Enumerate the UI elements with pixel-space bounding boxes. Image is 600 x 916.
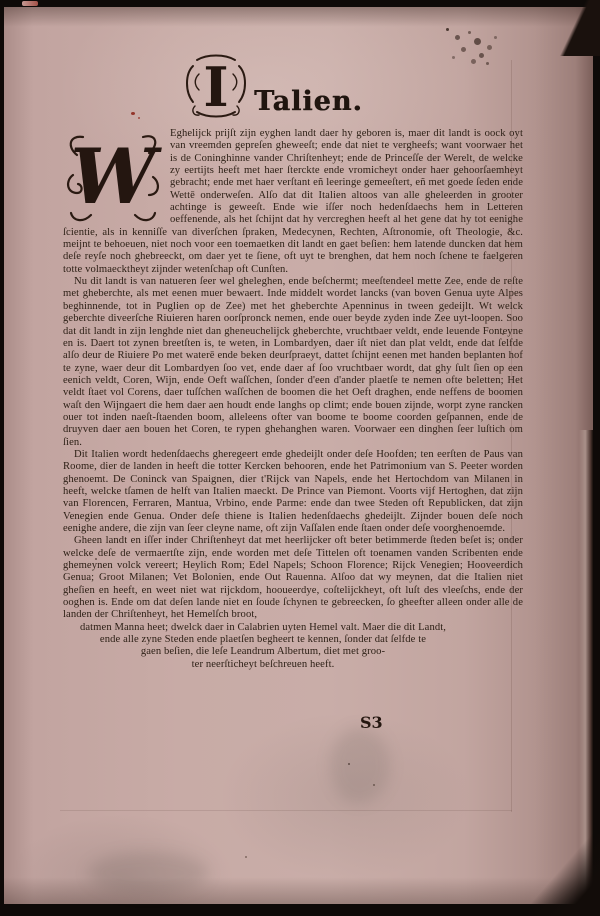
drop-cap-W-icon: W	[63, 129, 163, 223]
taper-line-4: ter neerſticheyt beſchreuen heeft.	[57, 659, 469, 671]
tapered-ending: datmen Manna heet; dwelck daer in Calabr…	[57, 622, 469, 671]
taper-line-2: ende alle zyne Steden ende plaetſen begh…	[57, 634, 469, 646]
page-corner-shadow-top-right	[554, 0, 600, 56]
taper-line-3: gaen beſien, die leſe Leandrum Albertum,…	[57, 646, 469, 658]
drop-cap: W	[63, 129, 163, 223]
decorated-initial-letter: I	[203, 55, 228, 119]
paragraph-3: Dit Italien wordt hedenſdaechs gheregeer…	[63, 449, 523, 535]
text-block: I Talien. W Eghelijck prijſt zijn eyghen…	[63, 52, 523, 671]
page-stack-edge	[579, 430, 593, 904]
edge-fleck	[22, 1, 38, 6]
paragraph-2: Nu dit landt is van natueren ſeer wel gh…	[63, 276, 523, 449]
signature-mark: S3	[360, 713, 383, 732]
paper-stain	[330, 728, 390, 803]
book-page-photo: I Talien. W Eghelijck prijſt zijn eyghen…	[0, 0, 600, 916]
paragraph-4: Gheen landt en iſſer inder Chriſtenheyt …	[63, 535, 523, 621]
paper-stain	[88, 852, 208, 894]
paragraph-1: W Eghelijck prijſt zijn eyghen landt dae…	[63, 128, 523, 276]
page-title-text: Talien.	[254, 88, 363, 120]
decorated-initial-icon: I	[183, 52, 249, 120]
page-title: I Talien.	[183, 52, 363, 120]
taper-line-1: datmen Manna heet; dwelck daer in Calabr…	[57, 622, 469, 634]
impression-line-horizontal	[60, 810, 512, 811]
page-corner-shadow-bottom-right	[528, 834, 600, 916]
drop-cap-letter: W	[70, 132, 162, 221]
ink-smudge	[446, 28, 449, 31]
body-text: W Eghelijck prijſt zijn eyghen landt dae…	[63, 52, 523, 671]
